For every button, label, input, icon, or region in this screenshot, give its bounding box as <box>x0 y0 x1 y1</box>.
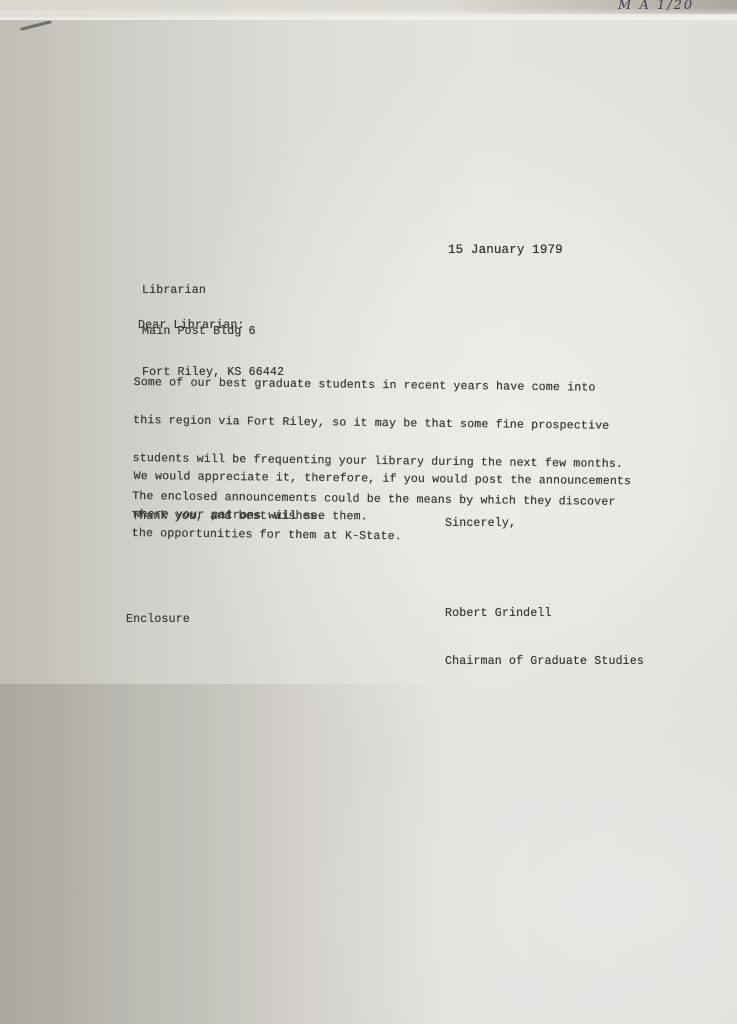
closing: Sincerely, <box>445 518 516 531</box>
letter-date: 15 January 1979 <box>448 244 563 257</box>
paragraph-line: this region via Fort Riley, so it may be… <box>133 415 624 434</box>
corner-handwriting: M A 1/20 <box>618 0 694 13</box>
paragraph-line: Some of our best graduate students in re… <box>134 377 625 396</box>
signer-title: Chairman of Graduate Studies <box>445 654 644 670</box>
signer-name: Robert Grindell <box>445 606 644 622</box>
enclosure-note: Enclosure <box>126 614 190 627</box>
pen-mark <box>20 20 52 31</box>
body-paragraph-3: Thank you, and best wishes. <box>132 486 324 549</box>
paragraph-line: Thank you, and best wishes. <box>132 511 324 524</box>
letter-page: M A 1/20 15 January 1979 Librarian Main … <box>0 0 737 1024</box>
recipient-line: Librarian <box>142 285 284 301</box>
salutation: Dear Librarian: <box>138 320 245 333</box>
signature-block: Robert Grindell Chairman of Graduate Stu… <box>445 574 644 702</box>
